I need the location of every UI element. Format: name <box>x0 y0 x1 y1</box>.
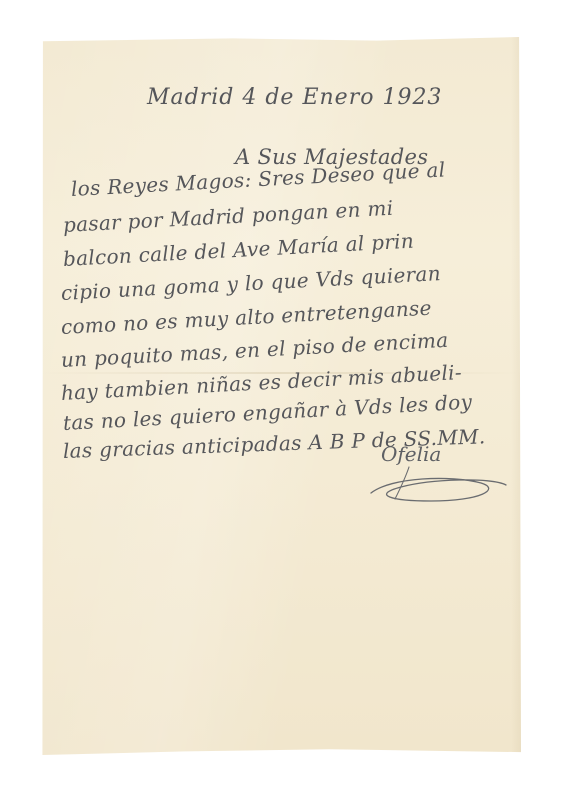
letter-signature: Ofelia <box>381 442 441 466</box>
letter-body-line: pasar por Madrid pongan en mi <box>62 196 394 237</box>
letter-date: Madrid 4 de Enero 1923 <box>147 85 442 110</box>
signature-flourish-icon <box>361 465 511 505</box>
letter-paper: Madrid 4 de Enero 1923 A Sus Majestades … <box>41 37 521 755</box>
